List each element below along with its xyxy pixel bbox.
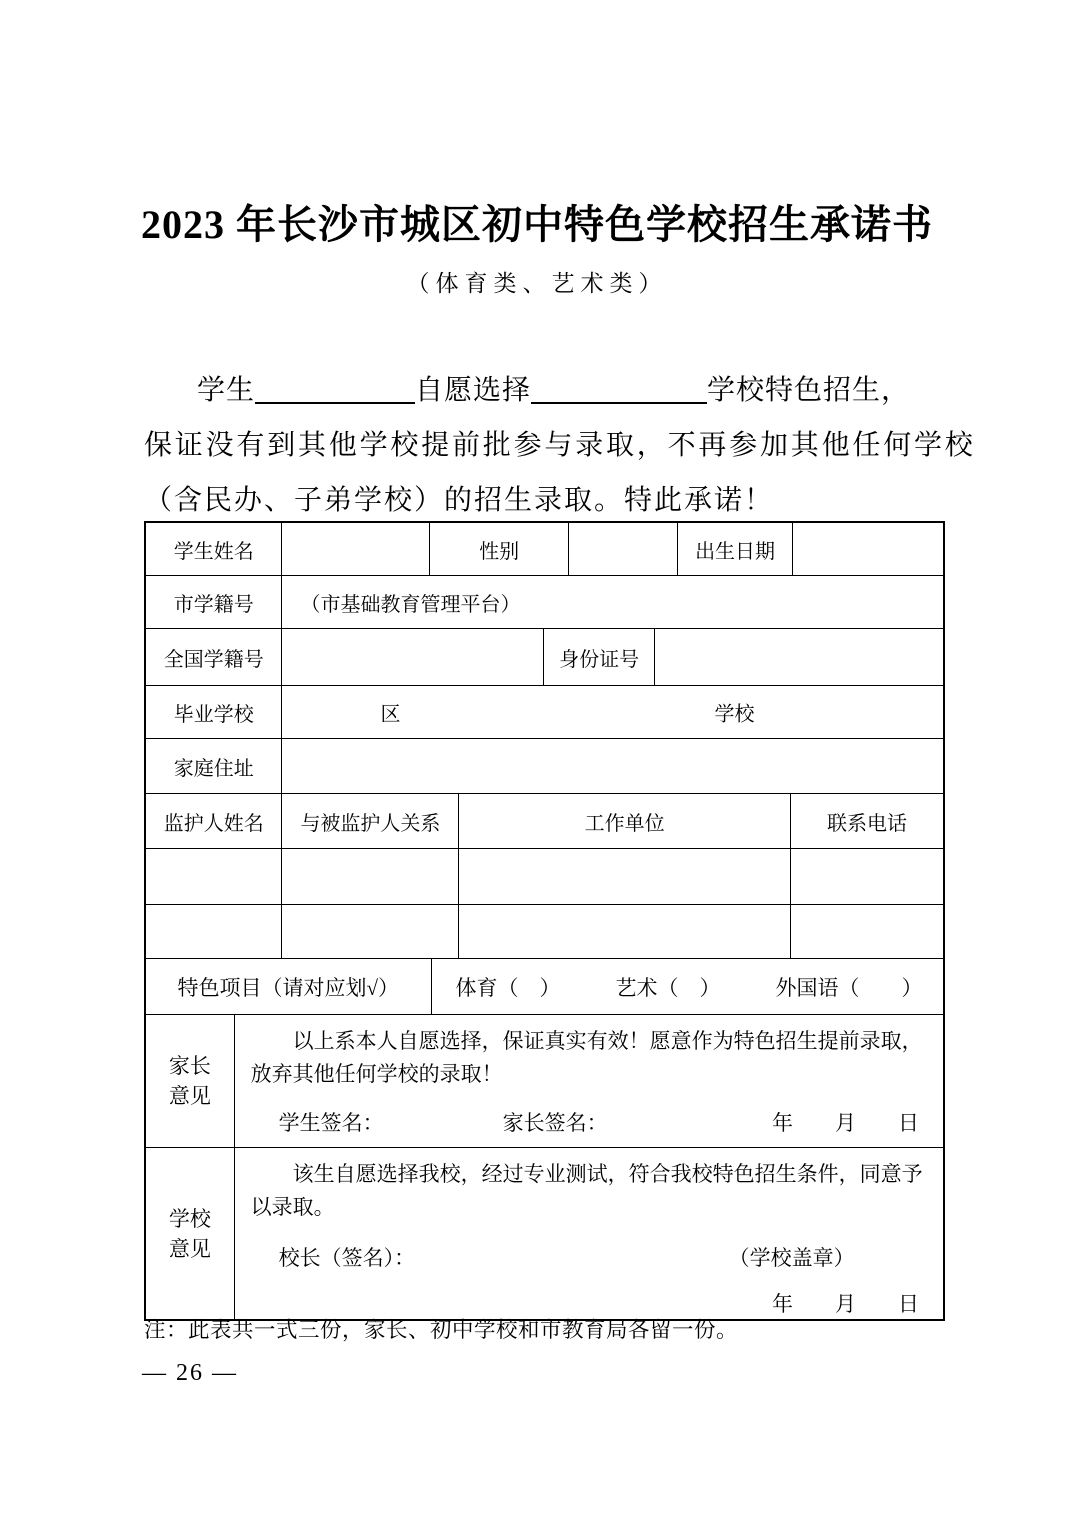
school-name-blank [531, 372, 707, 404]
guardian2-phone-cell [790, 905, 943, 958]
pledge-line-2: 保证没有到其他学校提前批参与录取，不再参加其他任何学校 [144, 423, 944, 463]
page-title: 2023 年长沙市城区初中特色学校招生承诺书 [0, 193, 1074, 250]
student-name-blank [255, 372, 415, 404]
parent-signature-row: 学生签名： 家长签名： 年 月 日 [251, 1107, 927, 1139]
footnote: 注：此表共一式三份，家长、初中学校和市教育局各留一份。 [144, 1313, 738, 1344]
document-page: 2023 年长沙市城区初中特色学校招生承诺书 （体育类、艺术类） 学生自愿选择学… [0, 0, 1074, 1520]
guardian1-relation-cell [281, 849, 458, 904]
guardian-relation-label: 与被监护人关系 [281, 794, 458, 848]
row-guardian-entry-2 [146, 904, 943, 958]
parent-opinion-label-line2: 意见 [169, 1081, 211, 1111]
row-student-name: 学生姓名 性别 出生日期 [146, 523, 943, 575]
row-city-student-id: 市学籍号 （市基础教育管理平台） [146, 575, 943, 628]
pledge-line-1-suffix: 学校特色招生， [707, 375, 910, 406]
city-student-id-label: 市学籍号 [146, 576, 281, 628]
row-guardian-header: 监护人姓名 与被监护人关系 工作单位 联系电话 [146, 793, 943, 848]
program-option-sports: 体育（ ） [456, 972, 561, 1002]
graduate-school-value-cell: 区 学校 [281, 686, 943, 738]
pledge-line-3: （含民办、子弟学校）的招生录取。特此承诺！ [144, 478, 944, 518]
pledge-line-1: 学生自愿选择学校特色招生， [144, 368, 944, 408]
page-number: — 26 — [142, 1360, 238, 1387]
parent-opinion-date: 年 月 日 [772, 1107, 919, 1137]
row-home-address: 家庭住址 [146, 738, 943, 793]
school-suffix: 学校 [714, 698, 754, 727]
row-school-opinion: 学校 意见 该生自愿选择我校，经过专业测试，符合我校特色招生条件，同意予以录取。… [146, 1147, 943, 1319]
student-name-value-cell [281, 523, 428, 575]
application-form-table: 学生姓名 性别 出生日期 市学籍号 （市基础教育管理平台） 全国学籍号 身份证号… [144, 521, 945, 1321]
guardian2-name-cell [146, 905, 281, 958]
gender-value-cell [568, 523, 676, 575]
id-card-label: 身份证号 [543, 629, 655, 685]
parent-opinion-label: 家长 意见 [146, 1015, 234, 1147]
guardian2-work-unit-cell [458, 905, 790, 958]
guardian1-work-unit-cell [458, 849, 790, 904]
national-student-id-value-cell [281, 629, 542, 685]
school-opinion-label-line2: 意见 [169, 1234, 211, 1264]
city-student-id-value-cell: （市基础教育管理平台） [281, 576, 943, 628]
student-name-label: 学生姓名 [146, 523, 281, 575]
school-opinion-date: 年 月 日 [772, 1288, 919, 1318]
district-suffix: 区 [380, 698, 400, 727]
school-opinion-text: 该生自愿选择我校，经过专业测试，符合我校特色招生条件，同意予以录取。 [251, 1158, 927, 1224]
guardian1-phone-cell [790, 849, 943, 904]
pledge-student-word: 学生 [197, 375, 255, 406]
guardian-name-label: 监护人姓名 [146, 794, 281, 848]
home-address-label: 家庭住址 [146, 739, 281, 793]
home-address-value-cell [281, 739, 943, 793]
guardian2-relation-cell [281, 905, 458, 958]
program-options-cell: 体育（ ） 艺术（ ） 外国语（ ） [431, 959, 943, 1014]
guardian1-name-cell [146, 849, 281, 904]
gender-label: 性别 [429, 523, 568, 575]
row-national-student-id: 全国学籍号 身份证号 [146, 628, 943, 685]
birth-date-value-cell [792, 523, 943, 575]
graduate-school-label: 毕业学校 [146, 686, 281, 738]
birth-date-label: 出生日期 [677, 523, 793, 575]
principal-signature-label: 校长（签名）： [279, 1242, 416, 1272]
parent-signature-label: 家长签名： [503, 1107, 608, 1137]
parent-opinion-content: 以上系本人自愿选择，保证真实有效！愿意作为特色招生提前录取，放弃其他任何学校的录… [234, 1015, 943, 1147]
program-option-arts: 艺术（ ） [616, 972, 721, 1002]
parent-opinion-label-line1: 家长 [169, 1051, 211, 1081]
school-opinion-label-line1: 学校 [169, 1204, 211, 1234]
program-option-foreign-language: 外国语（ ） [776, 972, 923, 1002]
row-guardian-entry-1 [146, 848, 943, 904]
student-signature-label: 学生签名： [279, 1107, 384, 1137]
principal-signature-row: 校长（签名）： （学校盖章） [251, 1242, 927, 1272]
pledge-choose-word: 自愿选择 [415, 375, 531, 406]
id-card-value-cell [654, 629, 943, 685]
work-unit-label: 工作单位 [458, 794, 790, 848]
school-stamp-label: （学校盖章） [729, 1242, 855, 1272]
school-opinion-label: 学校 意见 [146, 1148, 234, 1319]
row-graduate-school: 毕业学校 区 学校 [146, 685, 943, 738]
school-opinion-content: 该生自愿选择我校，经过专业测试，符合我校特色招生条件，同意予以录取。 校长（签名… [234, 1148, 943, 1319]
national-student-id-label: 全国学籍号 [146, 629, 281, 685]
phone-label: 联系电话 [790, 794, 943, 848]
row-program-select: 特色项目（请对应划√） 体育（ ） 艺术（ ） 外国语（ ） [146, 958, 943, 1014]
page-subtitle: （体育类、艺术类） [0, 265, 1074, 298]
parent-opinion-text: 以上系本人自愿选择，保证真实有效！愿意作为特色招生提前录取，放弃其他任何学校的录… [251, 1025, 927, 1091]
program-label: 特色项目（请对应划√） [146, 959, 431, 1014]
row-parent-opinion: 家长 意见 以上系本人自愿选择，保证真实有效！愿意作为特色招生提前录取，放弃其他… [146, 1014, 943, 1147]
